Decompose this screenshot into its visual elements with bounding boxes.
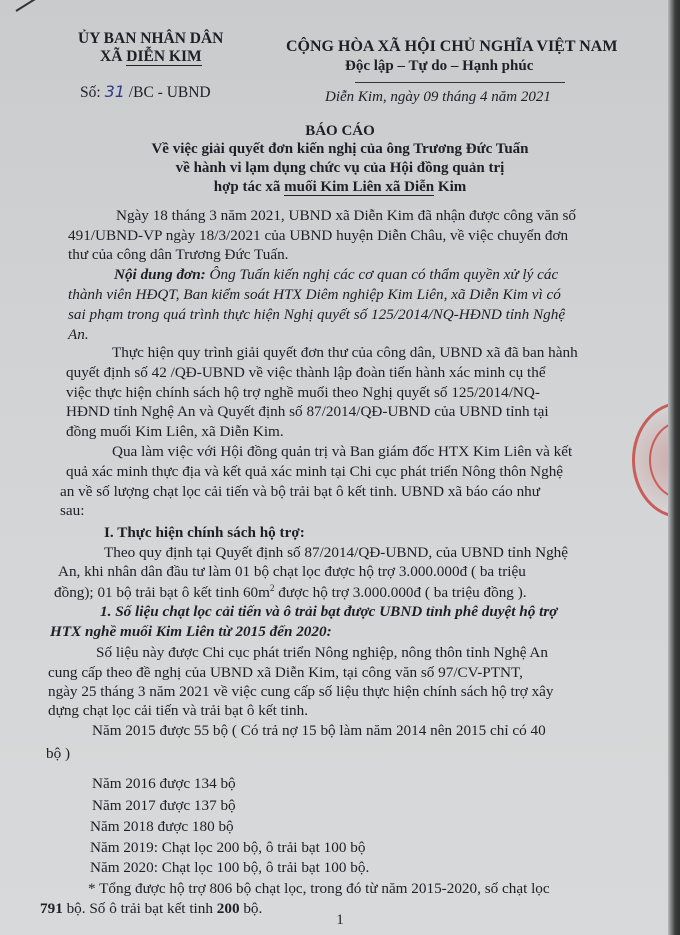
year-2015: Năm 2015 được 55 bộ ( Có trả nợ 15 bộ là… [92,722,546,740]
p3-line: Thực hiện quy trình giải quyết đơn thư c… [112,344,578,362]
p6-line: Số liệu này được Chi cục phát triển Nông… [96,644,548,662]
p1-line: 491/UBND-VP ngày 18/3/2021 của UBND huyệ… [68,227,568,245]
p4-line: sau: [60,502,84,520]
year-item: Năm 2019: Chạt lọc 200 bộ, ô trải bạt 10… [90,839,365,857]
report-subtitle-2: về hành vi lạm dụng chức vụ của Hội đồng… [0,160,672,177]
document-number: Số: 31 /BC - UBND [80,82,211,102]
section-heading: I. Thực hiện chính sách hộ trợ: [104,524,305,542]
handwritten-number: 31 [105,82,125,101]
p3-line: việc thực hiện chính sách hộ trợ nghề mu… [66,384,540,402]
p5-line: đồng); 01 bộ trải bạt ô kết tinh 60m2 đư… [54,583,527,602]
p6-line: ngày 25 tháng 3 năm 2021 về việc cung cấ… [48,683,554,701]
year-item: Năm 2016 được 134 bộ [92,775,236,793]
year-item: Năm 2020: Chạt lọc 100 bộ, ô trải bạt 10… [90,859,369,877]
p1-line: Ngày 18 tháng 3 năm 2021, UBND xã Diễn K… [116,207,576,225]
year-2015-cont: bộ ) [46,745,70,763]
place-date: Diễn Kim, ngày 09 tháng 4 năm 2021 [325,89,551,106]
year-item: Năm 2017 được 137 bộ [92,797,236,815]
report-subtitle-1: Về việc giải quyết đơn kiến nghị của ông… [0,141,672,158]
p4-line: Qua làm việc với Hội đồng quản trị và Ba… [112,443,572,461]
national-motto: Độc lập – Tự do – Hạnh phúc [345,58,533,75]
country-name: CỘNG HÒA XÃ HỘI CHỦ NGHĨA VIỆT NAM [286,38,617,56]
p2-line: sai phạm trong quá trình thực hiện Nghị … [68,306,565,324]
red-seal-stamp [632,402,672,518]
p2-line: thành viên HĐQT, Ban kiểm soát HTX Diêm … [68,286,561,304]
motto-underline [355,82,565,83]
pen-mark [15,0,42,12]
document-page: ỦY BAN NHÂN DÂN XÃ DIỄN KIM CỘNG HÒA XÃ … [0,0,672,935]
p2-line: Nội dung đơn: Ông Tuấn kiến nghị các cơ … [114,266,558,284]
p1-line: thư của công dân Trương Đức Tuấn. [68,246,288,264]
subsection-heading: HTX nghề muối Kim Liên từ 2015 đến 2020: [50,623,332,641]
agency-name: ỦY BAN NHÂN DÂN [78,30,223,48]
report-heading: BÁO CÁO [0,123,672,140]
p3-line: HĐND tỉnh Nghệ An và Quyết định số 87/20… [66,403,549,421]
report-subtitle-3: hợp tác xã muối Kim Liên xã Diễn Kim [0,179,672,196]
page-number: 1 [0,912,672,929]
p4-line: quả xác minh thực địa và kết quả xác min… [66,463,563,481]
p3-line: đồng muối Kim Liên, xã Diễn Kim. [66,423,284,441]
p2-line: An. [68,326,89,344]
commune-name: XÃ DIỄN KIM [100,48,202,66]
p4-line: an về số lượng chạt lọc cải tiến và bộ t… [60,483,540,501]
p6-line: cung cấp theo đề nghị của UBND xã Diễn K… [48,664,523,682]
year-item: Năm 2018 được 180 bộ [90,818,234,836]
page-edge-shadow [668,0,680,935]
p5-line: Theo quy định tại Quyết định số 87/2014/… [104,544,568,562]
subsection-heading: 1. Số liệu chạt lọc cải tiến và ô trải b… [100,603,557,621]
p3-line: quyết định số 42 /QĐ-UBND về việc thành … [66,364,546,382]
summary-line: * Tổng được hộ trợ 806 bộ chạt lọc, tron… [88,880,550,898]
p6-line: dựng chạt lọc cải tiến và trải bạt ô kết… [48,702,308,720]
p5-line: An, khi nhân dân đầu tư làm 01 bộ chạt l… [58,563,526,581]
